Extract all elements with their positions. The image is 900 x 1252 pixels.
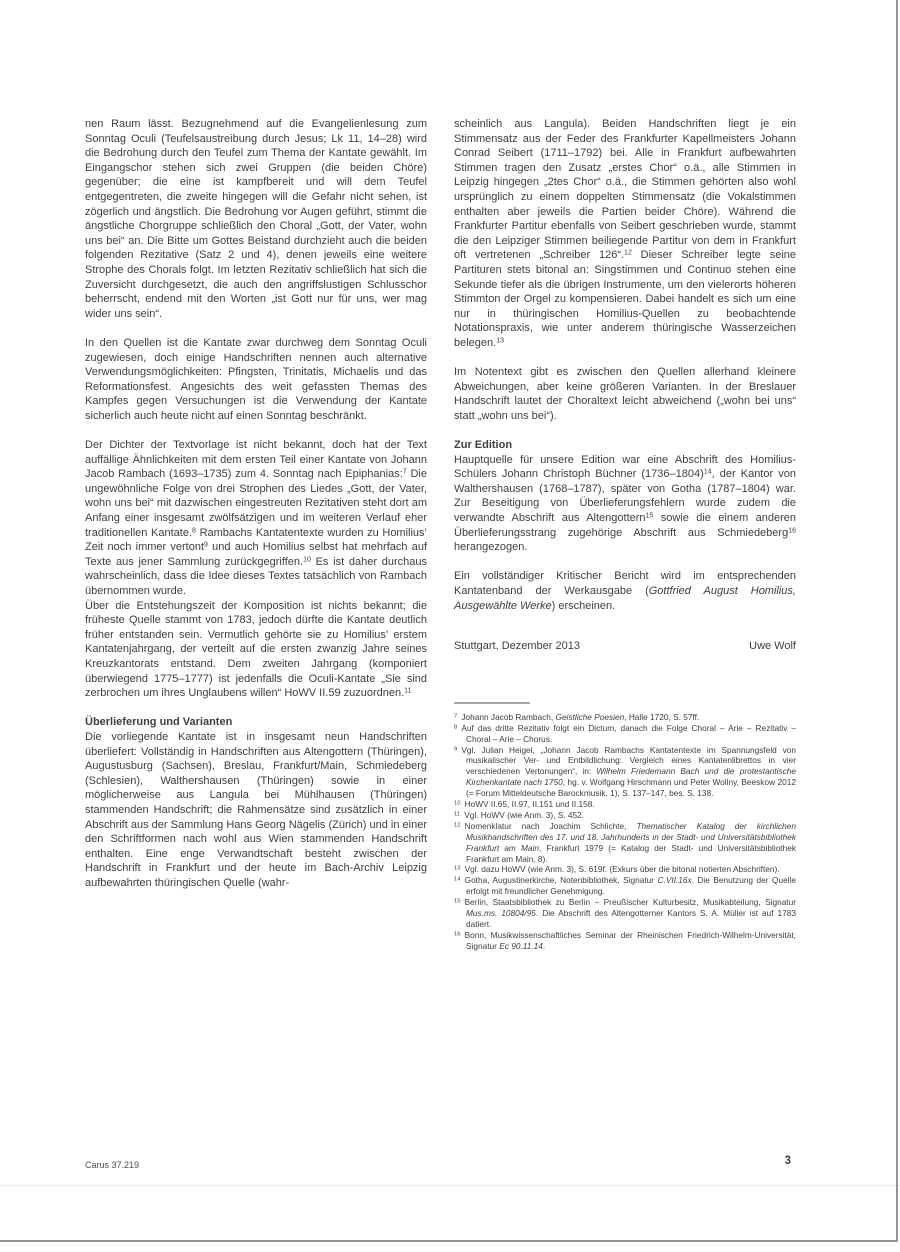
footnote-number: 7 [454, 713, 457, 719]
footer-page-number: 3 [0, 1155, 791, 1167]
footnote-number: 9 [454, 746, 457, 752]
paragraph: Der Dichter der Textvorlage ist nicht be… [85, 438, 427, 599]
signoff-place-date: Stuttgart, Dezember 2013 [454, 639, 580, 654]
paragraph: scheinlich aus Langula). Beiden Handschr… [454, 117, 796, 351]
footnote-reference: 12 [624, 250, 632, 257]
footnote-number: 11 [454, 811, 460, 817]
footnote-number: 8 [454, 724, 457, 730]
footnote: 8 Auf das dritte Rezitativ folgt ein Dic… [454, 723, 796, 745]
paragraph: Über die Entstehungszeit der Komposition… [85, 599, 427, 701]
text-columns: nen Raum lässt. Bezugnehmend auf die Eva… [85, 117, 796, 952]
footnote-number: 13 [454, 866, 460, 872]
paragraph: Ein vollständiger Kritischer Bericht wir… [454, 569, 796, 613]
footnote: 9 Vgl. Julian Heigel, „Johann Jacob Ramb… [454, 745, 796, 800]
paragraph: In den Quellen ist die Kantate zwar durc… [85, 336, 427, 424]
footnote-reference: 9 [204, 542, 208, 549]
paragraph: Die vorliegende Kantate ist in insgesamt… [85, 730, 427, 891]
footnote-reference: 14 [704, 469, 712, 476]
footnote-number: 16 [454, 931, 460, 937]
footnote-number: 12 [454, 822, 460, 828]
footnote-reference: 7 [403, 469, 407, 476]
footnote: 14 Gotha, Augustinerkirche, Notenbibliot… [454, 875, 796, 897]
signoff-row: Stuttgart, Dezember 2013Uwe Wolf [454, 639, 796, 654]
footnote-separator-rule [454, 702, 530, 704]
footnote-reference: 16 [788, 527, 796, 534]
footnote-number: 15 [454, 899, 460, 905]
footer-rule [0, 1185, 900, 1186]
footnote: 16 Bonn, Musikwissenschaftliches Seminar… [454, 930, 796, 952]
footnote: 13 Vgl. dazu HoWV (wie Anm. 3), S. 619f.… [454, 864, 796, 875]
footnote-reference: 15 [646, 513, 654, 520]
footnote: 7 Johann Jacob Rambach, Geistliche Poesi… [454, 712, 796, 723]
footnotes-section: 7 Johann Jacob Rambach, Geistliche Poesi… [454, 702, 796, 952]
footnote: 12 Nomenklatur nach Joachim Schlichte, T… [454, 821, 796, 865]
section-heading: Zur Edition [454, 438, 796, 453]
section-heading: Überlieferung und Varianten [85, 715, 427, 730]
right-column: scheinlich aus Langula). Beiden Handschr… [454, 117, 796, 952]
paragraph: Im Notentext gibt es zwischen den Quelle… [454, 365, 796, 423]
footnote-reference: 13 [496, 337, 504, 344]
footnote: 11 Vgl. HoWV (wie Anm. 3), S. 452. [454, 810, 796, 821]
footnote-number: 10 [454, 801, 460, 807]
left-column: nen Raum lässt. Bezugnehmend auf die Eva… [85, 117, 427, 952]
footnote-reference: 8 [192, 527, 196, 534]
footnote-reference: 10 [303, 556, 311, 563]
signoff-author: Uwe Wolf [749, 639, 796, 654]
page-scan-edge-bottom [0, 1240, 898, 1242]
footnote-reference: 11 [404, 688, 411, 695]
footnote-number: 14 [454, 877, 460, 883]
paragraph: Hauptquelle für unsere Edition war eine … [454, 453, 796, 555]
footnote: 10 HoWV II.65, II.97, II.151 und II.158. [454, 799, 796, 810]
page-scan-edge-right [896, 0, 898, 1242]
paragraph: nen Raum lässt. Bezugnehmend auf die Eva… [85, 117, 427, 321]
footnote: 15 Berlin, Staatsbibliothek zu Berlin – … [454, 897, 796, 930]
